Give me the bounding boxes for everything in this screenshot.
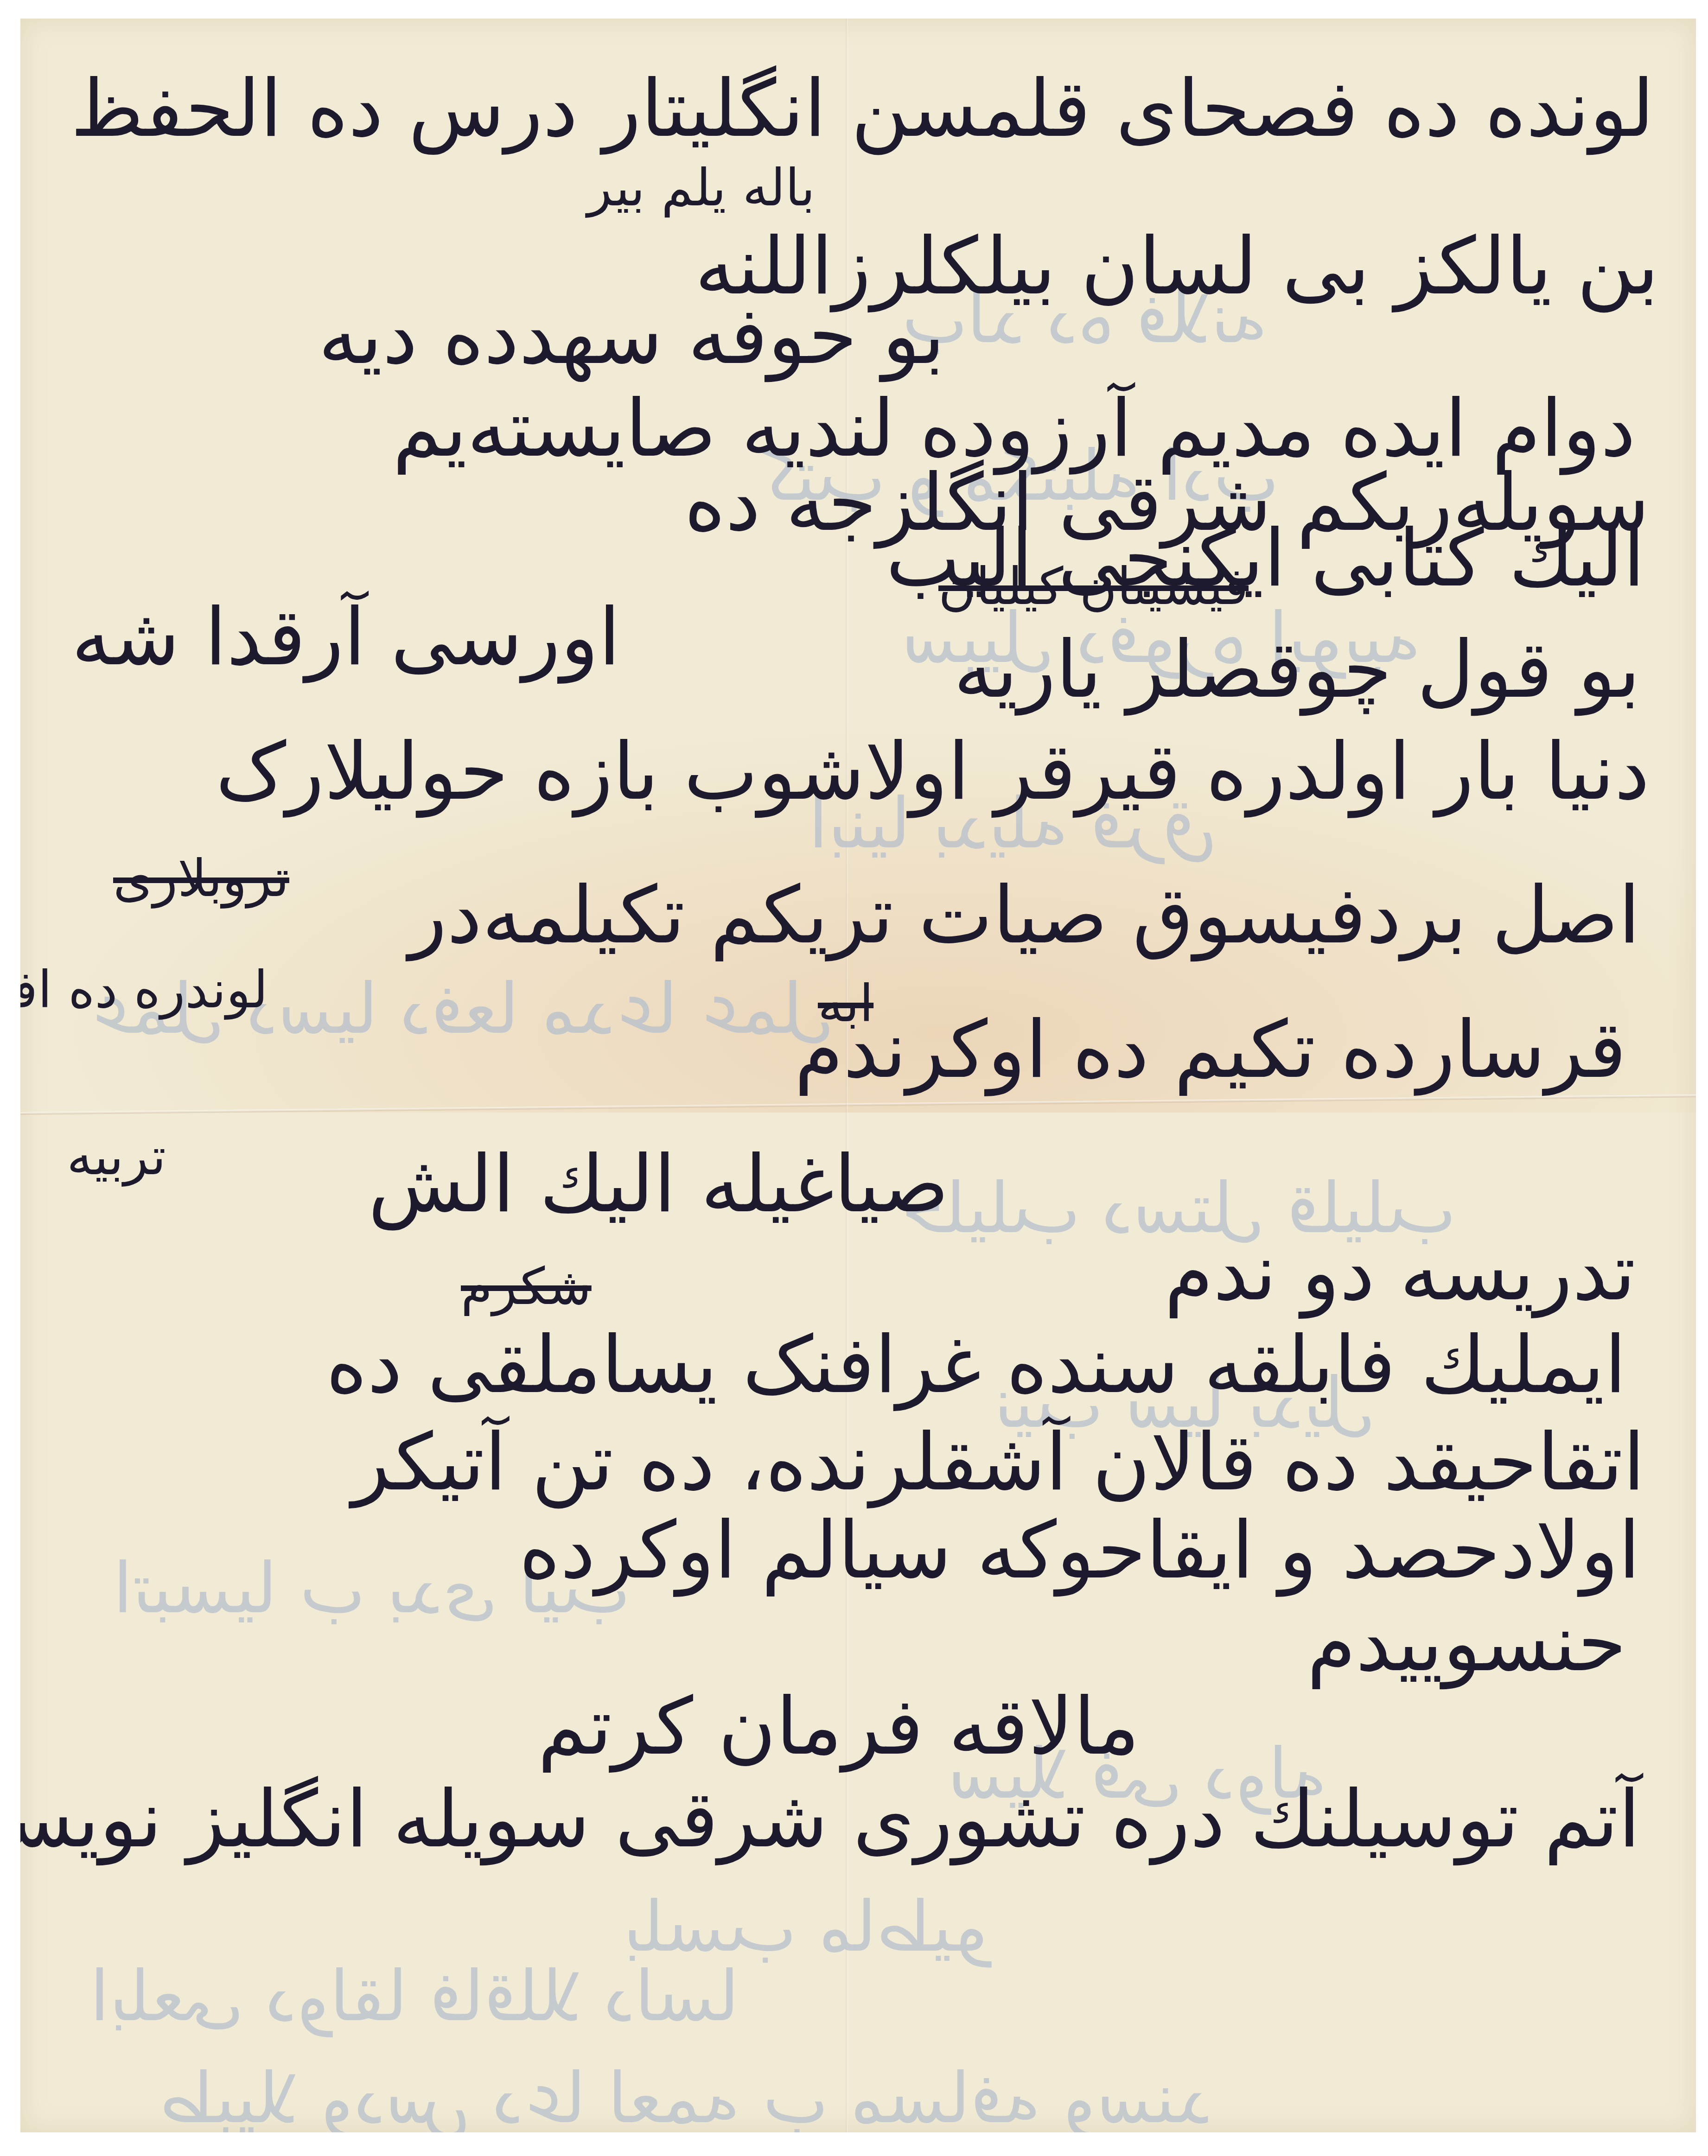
bleed-line: طبیلا ودس دعا لعمه ب مسافه وسند xyxy=(159,2058,1212,2132)
letter-line: ایملیك فابلقه سنده غرافنک یساملقی ده xyxy=(326,1326,1626,1405)
letter-line: لوندره ده افیه xyxy=(20,964,268,1015)
letter-line: حنسوییدم xyxy=(1307,1604,1626,1683)
letter-line: بو حوفه سهدده دیه xyxy=(318,297,945,375)
letter-line: اتقاحیقد ده قالان آشقلرنده، ده تن آتیکر xyxy=(352,1423,1645,1502)
crossed-out-word: شکرم xyxy=(461,1261,592,1312)
crossed-out-word: فیشینان کیلیان xyxy=(938,561,1249,612)
letter-line: اولادحصد و ایقاحوکه سیالم اوکرده xyxy=(519,1511,1640,1590)
letter-line: تدریسه دو ندم xyxy=(1165,1233,1636,1312)
letter-line: باله یلم بیر xyxy=(587,162,815,213)
bleed-line: ابلعی دولقا فاقللا دلسا xyxy=(90,1956,739,2037)
marginal-note: تربیه xyxy=(67,1131,166,1182)
letter-paper: ﺏلد ده ﻓﻠﺎنه کتب و مکتبله ادب سبیل دفوره… xyxy=(20,19,1696,2132)
letter-line: اصل بردفیسوق صیات تریکم تکیلمه‌در xyxy=(409,876,1640,955)
letter-line: لونده ده فصحای قلمسن انگلیتار درس ده الح… xyxy=(70,70,1654,148)
letter-line: اورسی آرقدا شه xyxy=(71,598,620,677)
crossed-out-word: تروبلاری xyxy=(113,853,289,904)
letter-line: بو قول چوقصلر یاریه xyxy=(954,630,1640,709)
letter-line: آتم توسیلنك دره تشوری شرقی سویله انگلیز … xyxy=(20,1780,1640,1859)
letter-line: مالاقه فرمان کرتم xyxy=(538,1687,1140,1766)
letter-line: قرسارده تکیم ده اوکرندم xyxy=(794,1011,1626,1089)
letter-line: دوام ایده مدیم آرزوده لندیه صایسته‌یم xyxy=(393,389,1636,468)
letter-line: صیاغیله الیك الش xyxy=(368,1145,949,1224)
letter-line: دنیا بار اولدره قیرقر اولاشوب بازه حولیل… xyxy=(216,732,1650,811)
bleed-line: بلسب ماطیو xyxy=(623,1887,988,1967)
